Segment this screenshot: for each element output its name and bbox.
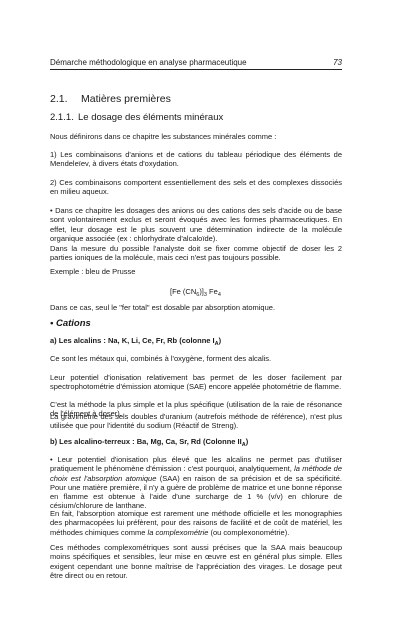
- alcalins-heading: a) Les alcalins : Na, K, Li, Ce, Fr, Rb …: [50, 336, 342, 349]
- alcalins-paragraph-1: Ce sont les métaux qui, combinés à l'oxy…: [50, 354, 342, 363]
- alcalino-terreux-paragraph-3: Ces méthodes complexométriques sont auss…: [50, 543, 342, 580]
- section-number: 2.1.: [50, 93, 81, 105]
- header-title: Démarche méthodologique en analyse pharm…: [50, 58, 247, 67]
- paragraph-4: Dans la mesure du possible l'analyste do…: [50, 244, 342, 263]
- subsection-title: Le dosage des éléments minéraux: [78, 112, 223, 123]
- running-header: Démarche méthodologique en analyse pharm…: [50, 58, 342, 67]
- alcalino-terreux-paragraph-2: En fait, l'absorption atomique est rarem…: [50, 509, 342, 537]
- section-heading: 2.1.Matières premières: [50, 93, 171, 105]
- page-number: 73: [333, 58, 342, 67]
- paragraph-intro: Nous définirons dans ce chapitre les sub…: [50, 132, 342, 141]
- paragraph-5: Dans ce cas, seul le "fer total" est dos…: [50, 303, 342, 312]
- alcalino-terreux-paragraph-1: • Leur potentiel d'ionisation plus élevé…: [50, 455, 342, 511]
- subsection-number: 2.1.1.: [50, 112, 78, 123]
- chemical-formula: [Fe (CN6)]3 Fe4: [170, 287, 221, 298]
- example-label: Exemple : bleu de Prusse: [50, 267, 342, 276]
- paragraph-1: 1) Les combinaisons d'anions et de catio…: [50, 150, 342, 169]
- section-title: Matières premières: [81, 93, 171, 105]
- header-rule: [50, 69, 342, 70]
- alcalino-terreux-heading: b) Les alcalino-terreux : Ba, Mg, Ca, Sr…: [50, 437, 342, 450]
- paragraph-3: • Dans ce chapitre les dosages des anion…: [50, 206, 342, 243]
- alcalins-paragraph-2: Leur potentiel d'ionisation relativement…: [50, 373, 342, 392]
- subsection-heading: 2.1.1.Le dosage des éléments minéraux: [50, 112, 223, 123]
- paragraph-2: 2) Ces combinaisons comportent essentiel…: [50, 178, 342, 197]
- cations-heading: • Cations: [50, 318, 91, 329]
- alcalins-paragraph-4: La gravimétrie des sels doubles d'uraniu…: [50, 412, 342, 431]
